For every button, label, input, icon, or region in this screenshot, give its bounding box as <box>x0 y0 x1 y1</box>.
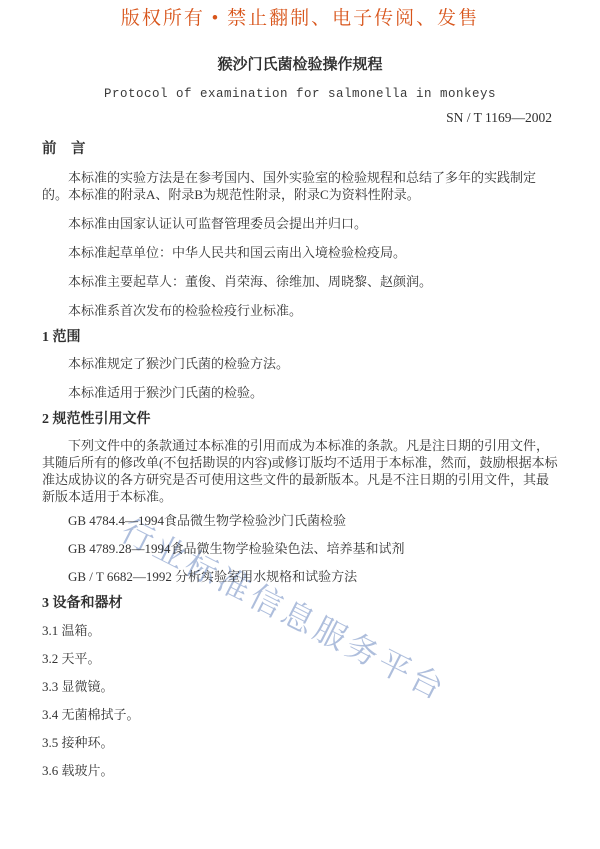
normative-reference-1: GB 4784.4—1994食品微生物学检验沙门氏菌检验 <box>42 512 558 529</box>
foreword-paragraph-5: 本标准系首次发布的检验检疫行业标准。 <box>42 302 558 319</box>
equipment-item-2: 3.2 天平。 <box>42 650 558 667</box>
foreword-paragraph-2: 本标准由国家认证认可监督管理委员会提出并归口。 <box>42 215 558 232</box>
document-page: 行业标准信息服务平台 版权所有 • 禁止翻制、电子传阅、发售 猴沙门氏菌检验操作… <box>0 0 600 849</box>
section-1-heading: 1 范围 <box>42 330 558 345</box>
normative-reference-3: GB / T 6682—1992 分析实验室用水规格和试验方法 <box>42 568 558 585</box>
section-1-paragraph-2: 本标准适用于猴沙门氏菌的检验。 <box>42 384 558 401</box>
equipment-item-1: 3.1 温箱。 <box>42 622 558 639</box>
normative-reference-2: GB 4789.28—1994食品微生物学检验染色法、培养基和试剂 <box>42 540 558 557</box>
document-content: 版权所有 • 禁止翻制、电子传阅、发售 猴沙门氏菌检验操作规程 Protocol… <box>0 0 600 779</box>
section-1-paragraph-1: 本标准规定了猴沙门氏菌的检验方法。 <box>42 355 558 372</box>
document-title-zh: 猴沙门氏菌检验操作规程 <box>42 57 558 73</box>
foreword-paragraph-4: 本标准主要起草人：董俊、肖荣海、徐维加、周晓黎、赵颜润。 <box>42 273 558 290</box>
foreword-heading: 前 言 <box>42 142 558 157</box>
standard-number: SN / T 1169—2002 <box>42 111 552 125</box>
document-title-en: Protocol of examination for salmonella i… <box>42 87 558 101</box>
foreword-paragraph-3: 本标准起草单位：中华人民共和国云南出入境检验检疫局。 <box>42 244 558 261</box>
equipment-item-6: 3.6 载玻片。 <box>42 762 558 779</box>
equipment-item-3: 3.3 显微镜。 <box>42 678 558 695</box>
copyright-notice: 版权所有 • 禁止翻制、电子传阅、发售 <box>42 0 558 30</box>
section-3-heading: 3 设备和器材 <box>42 596 558 611</box>
foreword-paragraph-1: 本标准的实验方法是在参考国内、国外实验室的检验规程和总结了多年的实践制定的。本标… <box>42 169 558 203</box>
equipment-item-4: 3.4 无菌棉拭子。 <box>42 706 558 723</box>
section-2-intro: 下列文件中的条款通过本标准的引用而成为本标准的条款。凡是注日期的引用文件，其随后… <box>42 437 558 505</box>
section-2-heading: 2 规范性引用文件 <box>42 412 558 427</box>
equipment-item-5: 3.5 接种环。 <box>42 734 558 751</box>
